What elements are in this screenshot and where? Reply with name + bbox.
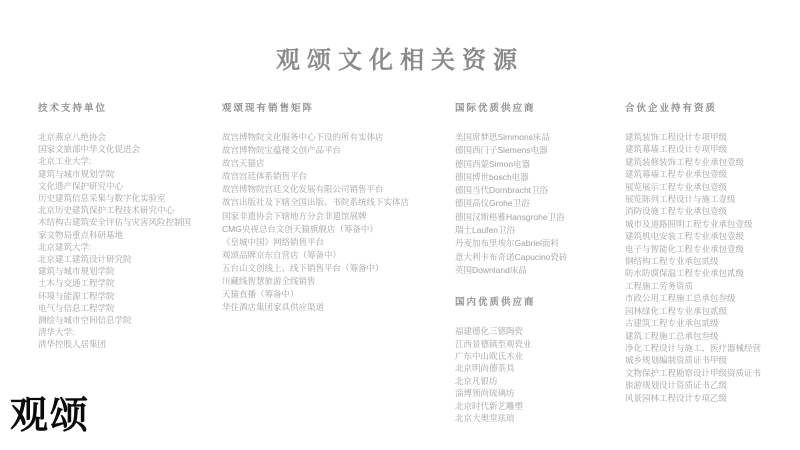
list-item: 电气与信息工程学院	[38, 302, 208, 314]
list-item: 北京建工建筑设计研究院	[38, 253, 208, 265]
list-item: 北京工业大学:	[38, 155, 208, 167]
list-item: 意大利卡布奇诺Capucino瓷砖	[455, 251, 620, 264]
list-item: CMG央视总台文创天猫旗舰店（筹备中）	[222, 223, 457, 236]
tech-support-list: 北京燕京八绝协会国家文旅部中华文化促进会北京工业大学:建筑与城市规划学院文化遗产…	[38, 131, 208, 351]
list-item: 风景园林工程设计专项乙级	[625, 392, 797, 404]
brand-logo-text: 观颂	[10, 384, 90, 439]
list-item: 五台山文创线上、线下销售平台（筹备中）	[222, 262, 457, 275]
list-item: 故宫博物院宝蕴楼文创产品平台	[222, 144, 457, 157]
list-item: 故宫出版社及下辖全国出版、书院系统线下实体店	[222, 196, 457, 209]
list-item: 展览展示工程专业承包壹级	[625, 181, 797, 193]
list-item: 北京明尚德茶具	[455, 362, 620, 374]
list-item: 江西景德镇至观瓷业	[455, 338, 620, 350]
list-item: 华住酒店集团家具供应渠道	[222, 301, 457, 314]
list-item: 北京建筑大学:	[38, 241, 208, 253]
column-header: 技术支持单位	[38, 100, 208, 114]
list-item: 消防设施工程专业承包壹级	[625, 205, 797, 217]
list-item: 《皇城中国》网络销售平台	[222, 236, 457, 249]
list-item: 土木与交通工程学院	[38, 277, 208, 289]
column-header: 合伙企业持有资质	[625, 100, 797, 114]
list-item: 旅游规划设计资质证书乙级	[625, 379, 797, 391]
list-item: 美国席梦思Simmons床品	[455, 131, 620, 144]
list-item: 观颂品牌京东自营店（筹备中）	[222, 249, 457, 262]
column-header: 观颂现有销售矩阵	[222, 100, 457, 114]
domestic-suppliers-list: 福建德化三德陶瓷江西景德镇至观瓷业广东中山欧氏木业北京明尚德茶具北京凡银坊淄博领…	[455, 325, 620, 424]
slide: 观颂文化相关资源 技术支持单位 北京燕京八绝协会国家文旅部中华文化促进会北京工业…	[0, 0, 800, 450]
list-item: 淄博领尚琉璃坊	[455, 387, 620, 399]
list-item: 木结构古建筑安全评估与灾害风险控制国	[38, 216, 208, 228]
list-item: 北京时代新艺雕塑	[455, 400, 620, 412]
column-tech-support: 技术支持单位 北京燕京八绝协会国家文旅部中华文化促进会北京工业大学:建筑与城市规…	[38, 100, 208, 351]
list-item: 建筑与城市规划学院	[38, 265, 208, 277]
list-item: 环境与能源工程学院	[38, 290, 208, 302]
list-item: 园林绿化工程专业承包贰级	[625, 305, 797, 317]
list-item: 市政公用工程施工总承包叁级	[625, 292, 797, 304]
list-item: 德国当代Dornbracht卫浴	[455, 184, 620, 197]
list-item: 川藏线智慧旅游全线销售	[222, 275, 457, 288]
list-item: 故宫博物院宫廷文化发展有限公司销售平台	[222, 183, 457, 196]
list-item: 北京历史建筑保护工程技术研究中心	[38, 204, 208, 216]
list-item: 国家非遗协会下辖地方分会非遗馆展牌	[222, 210, 457, 223]
list-item: 家文物局重点科研基地	[38, 229, 208, 241]
list-item: 德国西门子Siemens电器	[455, 144, 620, 157]
list-item: 德国汉斯格雅Hansgrohe卫浴	[455, 211, 620, 224]
list-item: 德国高仪Grohe卫浴	[455, 197, 620, 210]
list-item: 故宫天猫店	[222, 157, 457, 170]
list-item: 北京燕京八绝协会	[38, 131, 208, 143]
list-item: 文物保护工程勘察设计甲级资质证书	[625, 367, 797, 379]
list-item: 净化工程设计与施工、医疗器械经营	[625, 342, 797, 354]
list-item: 瑞士Laufen卫浴	[455, 224, 620, 237]
page-title: 观颂文化相关资源	[0, 40, 800, 75]
list-item: 福建德化三德陶瓷	[455, 325, 620, 337]
list-item: 丹麦加布里埃尔Gabriel面料	[455, 237, 620, 250]
list-item: 国家文旅部中华文化促进会	[38, 143, 208, 155]
list-item: 建筑装修装饰工程专业承包壹级	[625, 156, 797, 168]
list-item: 测绘与城市空间信息学院	[38, 314, 208, 326]
list-item: 清华大学:	[38, 326, 208, 338]
list-item: 古建筑工程专业承包贰级	[625, 317, 797, 329]
list-item: 防水防腐保温工程专业承包贰级	[625, 267, 797, 279]
column-sales-matrix: 观颂现有销售矩阵 故宫博物院文化服务中心下设的所有实体店故宫博物院宝蕴楼文创产品…	[222, 100, 457, 314]
list-item: 故宫博物院文化服务中心下设的所有实体店	[222, 131, 457, 144]
list-item: 展览陈列工程设计与施工壹级	[625, 193, 797, 205]
list-item: 历史建筑信息采集与数字化实验室	[38, 192, 208, 204]
sales-matrix-list: 故宫博物院文化服务中心下设的所有实体店故宫博物院宝蕴楼文创产品平台故宫天猫店故宫…	[222, 131, 457, 314]
list-item: 建筑机电安装工程专业承包壹级	[625, 230, 797, 242]
list-item: 建筑装饰工程设计专项甲级	[625, 131, 797, 143]
list-item: 文化遗产保护研究中心	[38, 180, 208, 192]
list-item: 广东中山欧氏木业	[455, 350, 620, 362]
column-header: 国际优质供应商	[455, 100, 620, 114]
list-item: 北京大奥堂珐琅	[455, 412, 620, 424]
list-item: 建筑工程施工总承包叁级	[625, 330, 797, 342]
list-item: 建筑与城市规划学院	[38, 168, 208, 180]
list-item: 北京凡银坊	[455, 375, 620, 387]
list-item: 电子与智能化工程专业承包壹级	[625, 243, 797, 255]
list-item: 德国博世bosch电器	[455, 171, 620, 184]
list-item: 德国西蒙Simon电器	[455, 158, 620, 171]
list-item: 钢结构工程专业承包贰级	[625, 255, 797, 267]
list-item: 故宫宫廷体系销售平台	[222, 170, 457, 183]
list-item: 建筑幕墙工程专业承包壹级	[625, 168, 797, 180]
list-item: 英国Downland床品	[455, 264, 620, 277]
list-item: 天猫直播（筹备中）	[222, 288, 457, 301]
intl-suppliers-list: 美国席梦思Simmons床品德国西门子Siemens电器德国西蒙Simon电器德…	[455, 131, 620, 277]
column-qualifications: 合伙企业持有资质 建筑装饰工程设计专项甲级建筑幕墙工程设计专项甲级建筑装修装饰工…	[625, 100, 797, 404]
list-item: 工程施工劳务资质	[625, 280, 797, 292]
list-item: 城市及道路照明工程专业承包壹级	[625, 218, 797, 230]
column-header: 国内优质供应商	[455, 294, 620, 308]
list-item: 城乡规划编制资质证书甲级	[625, 354, 797, 366]
qualifications-list: 建筑装饰工程设计专项甲级建筑幕墙工程设计专项甲级建筑装修装饰工程专业承包壹级建筑…	[625, 131, 797, 404]
column-suppliers: 国际优质供应商 美国席梦思Simmons床品德国西门子Siemens电器德国西蒙…	[455, 100, 620, 425]
list-item: 清华控股人居集团	[38, 338, 208, 350]
list-item: 建筑幕墙工程设计专项甲级	[625, 143, 797, 155]
